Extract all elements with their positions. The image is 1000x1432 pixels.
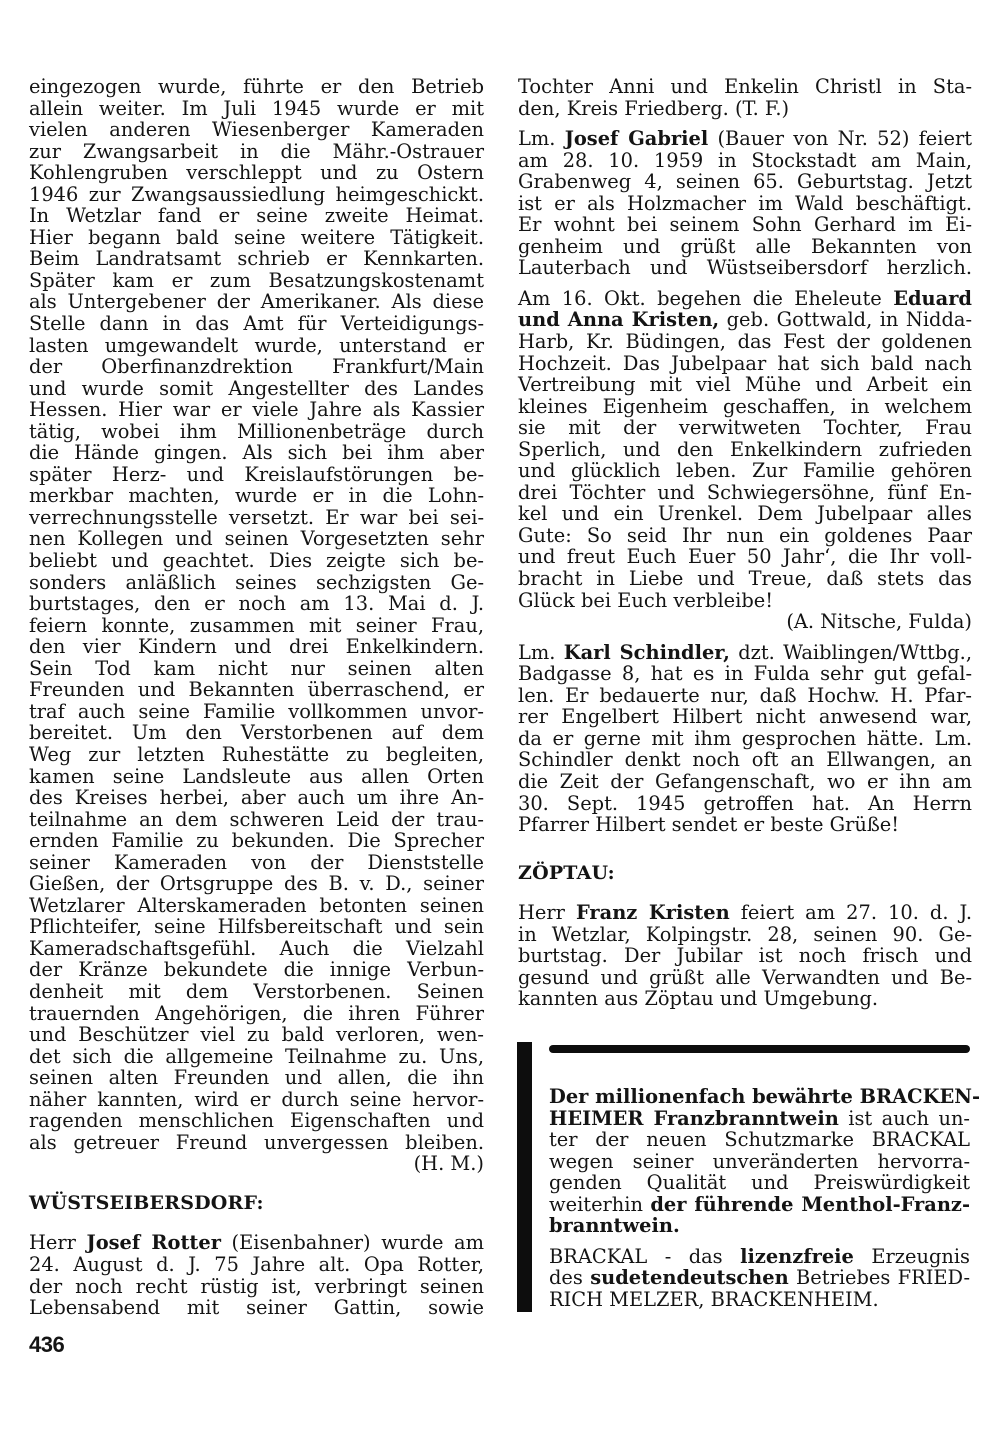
text-line: kel und ein Urenkel. Dem Jubelpaar alles xyxy=(518,503,972,525)
text-line: Hochzeit. Das Jubelpaar hat sich bald na… xyxy=(518,353,972,375)
text-line: die Hände gingen. Als sich bei ihm aber xyxy=(29,442,484,464)
text-line: ernden Familie zu bekunden. Die Sprecher xyxy=(29,830,484,852)
section-heading-zoeptau: ZÖPTAU: xyxy=(518,863,972,885)
text-line: rer Engelbert Hilbert nicht anwesend war… xyxy=(518,706,972,728)
text-line: seinen alten Freunden und allen, die ihn xyxy=(29,1067,484,1089)
kristen-jubilee-paragraph: Am 16. Okt. begehen die Eheleute Eduard … xyxy=(518,288,972,611)
text-line: gesund und grüßt alle Verwandten und Be- xyxy=(518,967,972,989)
ad-top-rule xyxy=(549,1045,970,1053)
text-line: und Beschützer viel zu bald verloren, we… xyxy=(29,1024,484,1046)
schindler-paragraph: Lm. Karl Schindler, dzt. Waiblingen/Wttb… xyxy=(518,642,972,836)
text-line: Sein Tod kam nicht nur seinen alten xyxy=(29,658,484,680)
text-line: genden Qualität und Preiswürdigkeit xyxy=(549,1172,970,1194)
text-line: da er gerne mit ihm gesprochen hätte. Lm… xyxy=(518,728,972,750)
text-line: seiner Kameraden von der Dienststelle xyxy=(29,852,484,874)
text-line: der Oberfinanzdrektion Frankfurt/Main xyxy=(29,356,484,378)
text-line: Gute: So seid Ihr nun ein goldenes Paar xyxy=(518,525,972,547)
text-line: weiterhin der führende Menthol-Franz- xyxy=(549,1194,970,1216)
jubilee-signature: (A. Nitsche, Fulda) xyxy=(518,611,972,633)
text-line: RICH MELZER, BRACKENHEIM. xyxy=(549,1289,970,1311)
text-line: Harb, Kr. Büdingen, das Fest der goldene… xyxy=(518,331,972,353)
gabriel-paragraph: Lm. Josef Gabriel (Bauer von Nr. 52) fei… xyxy=(518,128,972,279)
text-line: Lm. Josef Gabriel (Bauer von Nr. 52) fei… xyxy=(518,128,972,150)
text-line: Der millionenfach bewährte BRACKEN- xyxy=(549,1086,970,1108)
page-number: 436 xyxy=(29,1332,64,1358)
text-line: ragenden menschlichen Eigenschaften und xyxy=(29,1110,484,1132)
section-heading-wuestseibersdorf: WÜSTSEIBERSDORF: xyxy=(29,1193,484,1215)
text-line: Vertreibung mit viel Mühe und Arbeit ein xyxy=(518,374,972,396)
person-name: Franz Kristen xyxy=(576,901,730,924)
text-line: Tochter Anni und Enkelin Christl in Sta- xyxy=(518,76,972,98)
text-line: kleines Eigenheim geschaffen, in welchem xyxy=(518,396,972,418)
text-line: Später kam er zum Besatzungskostenamt xyxy=(29,270,484,292)
text-line: In Wetzlar fand er seine zweite Heimat. xyxy=(29,205,484,227)
text-line: Kameradschaftsgefühl. Auch die Vielzahl xyxy=(29,938,484,960)
text-line: Er wohnt bei seinem Sohn Gerhard im Ei- xyxy=(518,214,972,236)
text-line: teilnahme an dem schweren Leid der trau- xyxy=(29,809,484,831)
ad-paragraph-1: Der millionenfach bewährte BRACKEN- HEIM… xyxy=(549,1086,970,1237)
text-line: lasten umgewandelt wurde, unterstand er xyxy=(29,335,484,357)
text-line: und Anna Kristen, geb. Gottwald, in Nidd… xyxy=(518,309,972,331)
text-line: Wetzlarer Alterskameraden betonten seine… xyxy=(29,895,484,917)
text-line: am 28. 10. 1959 in Stockstadt am Main, xyxy=(518,150,972,172)
text-line: Hier begann bald seine weitere Tätigkeit… xyxy=(29,227,484,249)
person-name: Josef Rotter xyxy=(87,1231,221,1254)
text-line: der Kränze bekundete die innige Verbun- xyxy=(29,959,484,981)
text-line: in Wetzlar, Kolpingstr. 28, seinen 90. G… xyxy=(518,924,972,946)
text-line: sonders anläßlich seines sechzigsten Ge- xyxy=(29,572,484,594)
text-line: bracht in Liebe und Treue, daß stets das xyxy=(518,568,972,590)
text-line: kamen seine Landsleute aus allen Orten xyxy=(29,766,484,788)
text-line: und glücklich leben. Zur Familie gehören xyxy=(518,460,972,482)
person-name: Josef Gabriel xyxy=(565,127,709,150)
text-line: allein weiter. Im Juli 1945 wurde er mit xyxy=(29,98,484,120)
text-line: Pflichteifer, seine Hilfsbereitschaft un… xyxy=(29,916,484,938)
text-line: Weg zur letzten Ruhestätte zu begleiten, xyxy=(29,744,484,766)
text-line: BRACKAL - das lizenzfreie Erzeugnis xyxy=(549,1246,970,1268)
text-line: vielen anderen Wiesenberger Kameraden xyxy=(29,119,484,141)
text-line: zur Zwangsarbeit in die Mähr.-Ostrauer xyxy=(29,141,484,163)
text-line: als Untergebener der Amerikaner. Als die… xyxy=(29,291,484,313)
text-line: die Zeit der Gefangenschaft, wo er ihn a… xyxy=(518,771,972,793)
text-line: Herr Josef Rotter (Eisenbahner) wurde am xyxy=(29,1232,484,1254)
text-line: Kohlengruben verschleppt und zu Ostern xyxy=(29,162,484,184)
text-line: 1946 zur Zwangsaussiedlung heimgeschickt… xyxy=(29,184,484,206)
text-line: denheit mit dem Verstorbenen. Seinen xyxy=(29,981,484,1003)
text-line: kannten aus Zöptau und Umgebung. xyxy=(518,988,972,1010)
text-line: burtstag. Der Jubilar ist noch frisch un… xyxy=(518,945,972,967)
rotter-paragraph: Herr Josef Rotter (Eisenbahner) wurde am… xyxy=(29,1232,484,1318)
text-line: des Kreises herbei, aber auch um ihre An… xyxy=(29,787,484,809)
text-line: Schindler denkt noch oft an Ellwangen, a… xyxy=(518,749,972,771)
text-line: branntwein. xyxy=(549,1215,970,1237)
text-line: den, Kreis Friedberg. (T. F.) xyxy=(518,98,972,120)
obituary-paragraph: eingezogen wurde, führte er den Betrieba… xyxy=(29,76,484,1153)
text-line: Lebensabend mit seiner Gattin, sowie xyxy=(29,1297,484,1319)
text-line: beliebt und geachtet. Dies zeigte sich b… xyxy=(29,550,484,572)
text-line: nen Kollegen und seinen Vorgesetzten seh… xyxy=(29,528,484,550)
text-line: det sich die allgemeine Teilnahme zu. Un… xyxy=(29,1046,484,1068)
text-line: trauernden Angehörigen, die ihren Führer xyxy=(29,1003,484,1025)
ad-paragraph-2: BRACKAL - das lizenzfreie Erzeugnis des … xyxy=(549,1246,970,1311)
text-line: Beim Landratsamt schrieb er Kennkarten. xyxy=(29,248,484,270)
text-line: als getreuer Freund unvergessen bleiben. xyxy=(29,1132,484,1154)
ad-left-bar xyxy=(517,1042,532,1312)
text-line: Gießen, der Ortsgruppe des B. v. D., sei… xyxy=(29,873,484,895)
text-line: Am 16. Okt. begehen die Eheleute Eduard xyxy=(518,288,972,310)
text-line: den vier Kindern und drei Enkelkindern. xyxy=(29,636,484,658)
person-name: und Anna Kristen, xyxy=(518,308,719,331)
text-line: und wurde somit Angestellter des Landes xyxy=(29,378,484,400)
text-line: len. Er bedauerte nur, daß Hochw. H. Pfa… xyxy=(518,685,972,707)
text-line: Freunden und Bekannten überraschend, er xyxy=(29,679,484,701)
advertisement-box: Der millionenfach bewährte BRACKEN- HEIM… xyxy=(517,1042,973,1312)
ad-body: Der millionenfach bewährte BRACKEN- HEIM… xyxy=(549,1086,970,1310)
text-line: sie mit der verwitweten Tochter, Frau xyxy=(518,417,972,439)
text-line: und freut Euch Euer 50 Jahr‘, die Ihr vo… xyxy=(518,546,972,568)
text-line: Stelle dann in das Amt für Verteidigungs… xyxy=(29,313,484,335)
text-line: traf auch seine Familie vollkommen unvor… xyxy=(29,701,484,723)
text-line: 30. Sept. 1945 getroffen hat. An Herrn xyxy=(518,793,972,815)
text-line: tätig, wobei ihm Millionenbeträge durch xyxy=(29,421,484,443)
text-line: wegen seiner unveränderten hervorra- xyxy=(549,1151,970,1173)
text-line: feiern konnte, zusammen mit seiner Frau, xyxy=(29,615,484,637)
left-column: eingezogen wurde, führte er den Betrieba… xyxy=(29,76,484,1319)
text-line: Hessen. Hier war er viele Jahre als Kass… xyxy=(29,399,484,421)
text-line: 24. August d. J. 75 Jahre alt. Opa Rotte… xyxy=(29,1254,484,1276)
text-line: später Herz- und Kreislaufstörungen be- xyxy=(29,464,484,486)
obituary-signature: (H. M.) xyxy=(29,1153,484,1175)
text-line: verrechnungsstelle versetzt. Er war bei … xyxy=(29,507,484,529)
text-line: näher kannten, wird er durch seine hervo… xyxy=(29,1089,484,1111)
text-line: drei Töchter und Schwiegersöhne, fünf En… xyxy=(518,482,972,504)
text-line: ter der neuen Schutzmarke BRACKAL xyxy=(549,1129,970,1151)
text-line: des sudetendeutschen Betriebes FRIED- xyxy=(549,1267,970,1289)
text-line: burtstages, den er noch am 13. Mai d. J. xyxy=(29,593,484,615)
franz-kristen-paragraph: Herr Franz Kristen feiert am 27. 10. d. … xyxy=(518,902,972,1010)
text-line: HEIMER Franzbranntwein ist auch un- xyxy=(549,1108,970,1130)
text-line: ist er als Holzmacher im Wald beschäftig… xyxy=(518,193,972,215)
text-line: eingezogen wurde, führte er den Betrieb xyxy=(29,76,484,98)
text-line: Lm. Karl Schindler, dzt. Waiblingen/Wttb… xyxy=(518,642,972,664)
text-line: der noch recht rüstig ist, verbringt sei… xyxy=(29,1276,484,1298)
rotter-continued-paragraph: Tochter Anni und Enkelin Christl in Sta-… xyxy=(518,76,972,119)
text-line: genheim und grüßt alle Bekannten von xyxy=(518,236,972,258)
text-line: Glück bei Euch verbleibe! xyxy=(518,590,972,612)
text-line: Lauterbach und Wüstseibersdorf herzlich. xyxy=(518,257,972,279)
text-line: Grabenweg 4, seinen 65. Geburtstag. Jetz… xyxy=(518,171,972,193)
person-name: Karl Schindler, xyxy=(564,641,730,664)
text-line: Badgasse 8, hat es in Fulda sehr gut gef… xyxy=(518,663,972,685)
text-line: Pfarrer Hilbert sendet er beste Grüße! xyxy=(518,814,972,836)
text-line: Sperlich, und den Enkelkindern zufrieden xyxy=(518,439,972,461)
text-line: Herr Franz Kristen feiert am 27. 10. d. … xyxy=(518,902,972,924)
text-line: merkbar machten, wurde er in die Lohn- xyxy=(29,485,484,507)
text-line: bereitet. Um den Verstorbenen auf dem xyxy=(29,722,484,744)
right-column: Tochter Anni und Enkelin Christl in Sta-… xyxy=(518,76,972,1010)
